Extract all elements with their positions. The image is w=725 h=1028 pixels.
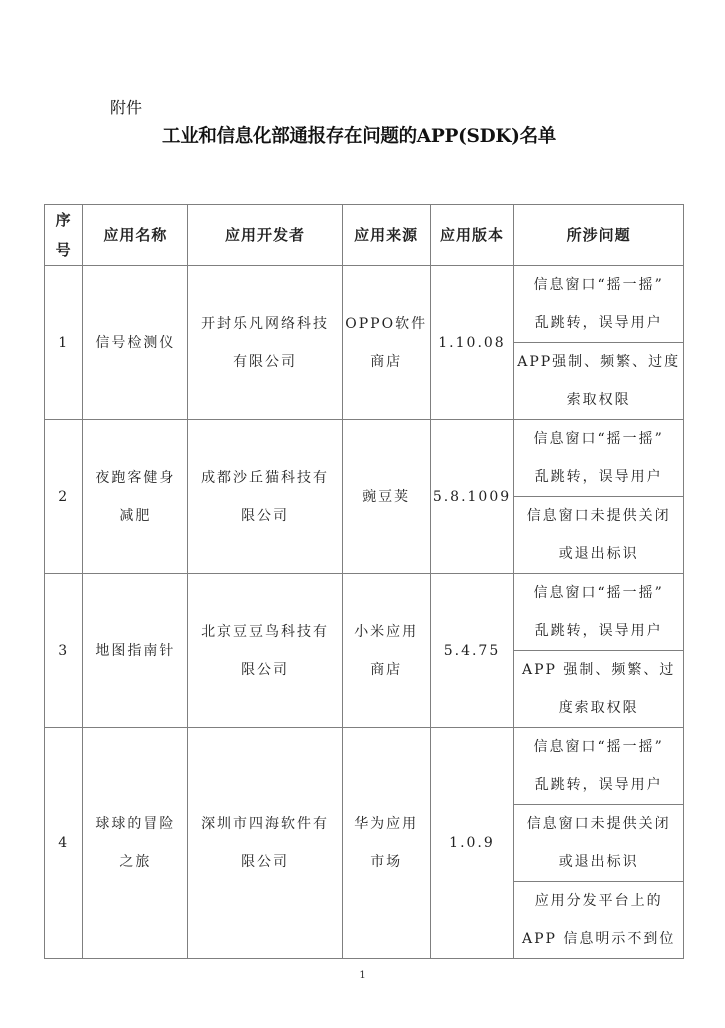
table-row: 4 球球的冒险 之旅 深圳市四海软件有 限公司 华为应用 市场 1.0.9 信息… xyxy=(45,728,684,805)
table-row: 3 地图指南针 北京豆豆鸟科技有 限公司 小米应用 商店 5.4.75 信息窗口… xyxy=(45,574,684,651)
source-line: 商店 xyxy=(343,651,430,689)
header-no-line2: 号 xyxy=(45,235,82,265)
cell-source: 豌豆荚 xyxy=(342,420,430,574)
issue-line: 乱跳转，误导用户 xyxy=(514,458,683,496)
issue-line: 信息窗口“摇一摇” xyxy=(514,574,683,612)
issue-line: 或退出标识 xyxy=(514,535,683,573)
cell-app-name: 信号检测仪 xyxy=(83,266,188,420)
cell-app-name: 地图指南针 xyxy=(83,574,188,728)
cell-issue: 信息窗口未提供关闭 或退出标识 xyxy=(514,497,684,574)
source-line: 华为应用 xyxy=(343,805,430,843)
cell-source: 小米应用 商店 xyxy=(342,574,430,728)
cell-source: 华为应用 市场 xyxy=(342,728,430,959)
issue-line: 信息窗口“摇一摇” xyxy=(514,420,683,458)
header-issues: 所涉问题 xyxy=(514,205,684,266)
app-name-line: 信号检测仪 xyxy=(83,324,187,362)
issue-line: 信息窗口“摇一摇” xyxy=(514,728,683,766)
cell-developer: 成都沙丘猫科技有 限公司 xyxy=(188,420,342,574)
developer-line: 深圳市四海软件有 xyxy=(188,805,341,843)
issue-line: 度索取权限 xyxy=(514,689,683,727)
attachment-label: 附件 xyxy=(110,95,142,118)
app-list-table: 序 号 应用名称 应用开发者 应用来源 应用版本 所涉问题 1 信号检测仪 开封… xyxy=(44,204,684,959)
source-line: 豌豆荚 xyxy=(343,478,430,516)
app-name-line: 之旅 xyxy=(83,843,187,881)
app-name-line: 球球的冒险 xyxy=(83,805,187,843)
cell-no: 2 xyxy=(45,420,83,574)
issue-line: 信息窗口未提供关闭 xyxy=(514,497,683,535)
issue-line: 信息窗口“摇一摇” xyxy=(514,266,683,304)
source-line: 商店 xyxy=(343,343,430,381)
developer-line: 有限公司 xyxy=(188,343,341,381)
source-line: OPPO软件 xyxy=(343,305,430,343)
cell-issue: 信息窗口“摇一摇” 乱跳转，误导用户 xyxy=(514,420,684,497)
header-developer: 应用开发者 xyxy=(188,205,342,266)
cell-issue: 信息窗口“摇一摇” 乱跳转，误导用户 xyxy=(514,266,684,343)
cell-issue: 信息窗口“摇一摇” 乱跳转，误导用户 xyxy=(514,574,684,651)
app-name-line: 夜跑客健身 xyxy=(83,459,187,497)
header-no: 序 号 xyxy=(45,205,83,266)
issue-line: APP 信息明示不到位 xyxy=(514,920,683,958)
page-number: 1 xyxy=(0,970,725,981)
cell-no: 4 xyxy=(45,728,83,959)
cell-developer: 深圳市四海软件有 限公司 xyxy=(188,728,342,959)
source-line: 小米应用 xyxy=(343,613,430,651)
developer-line: 开封乐凡网络科技 xyxy=(188,305,341,343)
developer-line: 限公司 xyxy=(188,651,341,689)
issue-line: 信息窗口未提供关闭 xyxy=(514,805,683,843)
cell-issue: 应用分发平台上的 APP 信息明示不到位 xyxy=(514,882,684,959)
developer-line: 北京豆豆鸟科技有 xyxy=(188,613,341,651)
issue-line: APP 强制、频繁、过 xyxy=(514,651,683,689)
cell-no: 1 xyxy=(45,266,83,420)
source-line: 市场 xyxy=(343,843,430,881)
issue-line: 应用分发平台上的 xyxy=(514,882,683,920)
issue-line: 乱跳转，误导用户 xyxy=(514,612,683,650)
cell-version: 5.8.1009 xyxy=(430,420,514,574)
cell-app-name: 夜跑客健身 减肥 xyxy=(83,420,188,574)
app-name-line: 减肥 xyxy=(83,497,187,535)
issue-line: 索取权限 xyxy=(514,381,683,419)
issue-line: 或退出标识 xyxy=(514,843,683,881)
issue-line: 乱跳转，误导用户 xyxy=(514,766,683,804)
header-version: 应用版本 xyxy=(430,205,514,266)
cell-version: 1.10.08 xyxy=(430,266,514,420)
cell-issue: APP强制、频繁、过度 索取权限 xyxy=(514,343,684,420)
developer-line: 限公司 xyxy=(188,497,341,535)
table-row: 2 夜跑客健身 减肥 成都沙丘猫科技有 限公司 豌豆荚 5.8.1009 信息窗… xyxy=(45,420,684,497)
cell-app-name: 球球的冒险 之旅 xyxy=(83,728,188,959)
cell-no: 3 xyxy=(45,574,83,728)
table-header-row: 序 号 应用名称 应用开发者 应用来源 应用版本 所涉问题 xyxy=(45,205,684,266)
developer-line: 成都沙丘猫科技有 xyxy=(188,459,341,497)
table-row: 1 信号检测仪 开封乐凡网络科技 有限公司 OPPO软件 商店 1.10.08 … xyxy=(45,266,684,343)
issue-line: 乱跳转，误导用户 xyxy=(514,304,683,342)
cell-version: 5.4.75 xyxy=(430,574,514,728)
cell-source: OPPO软件 商店 xyxy=(342,266,430,420)
cell-developer: 北京豆豆鸟科技有 限公司 xyxy=(188,574,342,728)
issue-line: APP强制、频繁、过度 xyxy=(514,343,683,381)
document-title: 工业和信息化部通报存在问题的APP(SDK)名单 xyxy=(162,122,556,148)
app-name-line: 地图指南针 xyxy=(83,632,187,670)
cell-developer: 开封乐凡网络科技 有限公司 xyxy=(188,266,342,420)
header-app-name: 应用名称 xyxy=(83,205,188,266)
header-no-line1: 序 xyxy=(45,205,82,235)
cell-issue: 信息窗口“摇一摇” 乱跳转，误导用户 xyxy=(514,728,684,805)
cell-version: 1.0.9 xyxy=(430,728,514,959)
developer-line: 限公司 xyxy=(188,843,341,881)
cell-issue: 信息窗口未提供关闭 或退出标识 xyxy=(514,805,684,882)
cell-issue: APP 强制、频繁、过 度索取权限 xyxy=(514,651,684,728)
header-source: 应用来源 xyxy=(342,205,430,266)
